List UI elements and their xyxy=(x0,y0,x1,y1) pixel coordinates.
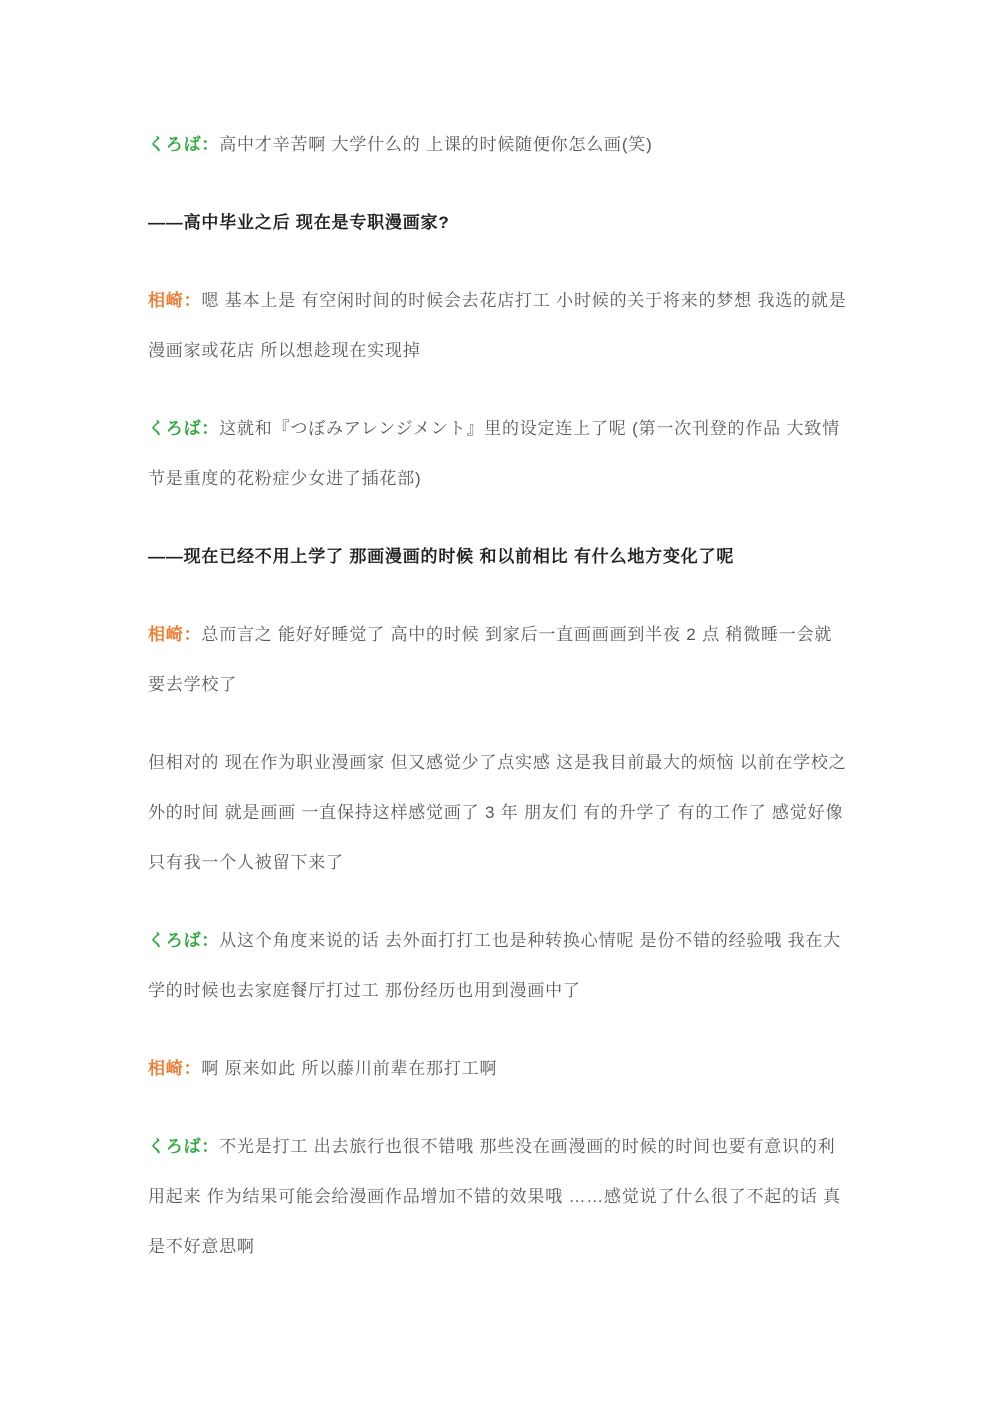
dialogue-paragraph: 相崎：啊 原来如此 所以藤川前辈在那打工啊 xyxy=(148,1044,847,1094)
dialogue-text: 从这个角度来说的话 去外面打打工也是种转换心情呢 是份不错的经验哦 我在大学的时… xyxy=(148,931,841,1000)
speaker-label-kuroba: くろば： xyxy=(148,135,219,154)
dialogue-paragraph: くろば：不光是打工 出去旅行也很不错哦 那些没在画漫画的时候的时间也要有意识的利… xyxy=(148,1122,847,1272)
interviewer-question: ——高中毕业之后 现在是专职漫画家? xyxy=(148,198,847,248)
dialogue-paragraph: 相崎：嗯 基本上是 有空闲时间的时候会去花店打工 小时候的关于将来的梦想 我选的… xyxy=(148,276,847,376)
dialogue-text: 嗯 基本上是 有空闲时间的时候会去花店打工 小时候的关于将来的梦想 我选的就是漫… xyxy=(148,291,847,360)
dialogue-paragraph: 相崎：总而言之 能好好睡觉了 高中的时候 到家后一直画画画到半夜 2 点 稍微睡… xyxy=(148,610,847,710)
dialogue-text: 但相对的 现在作为职业漫画家 但又感觉少了点实感 这是我目前最大的烦恼 以前在学… xyxy=(148,753,847,872)
speaker-label-kuroba: くろば： xyxy=(148,419,219,438)
speaker-label-aizaki: 相崎： xyxy=(148,291,201,310)
speaker-label-kuroba: くろば： xyxy=(148,931,219,950)
question-text: ——现在已经不用上学了 那画漫画的时候 和以前相比 有什么地方变化了呢 xyxy=(148,547,734,566)
speaker-label-aizaki: 相崎： xyxy=(148,1059,201,1078)
dialogue-paragraph: くろば：从这个角度来说的话 去外面打打工也是种转换心情呢 是份不错的经验哦 我在… xyxy=(148,916,847,1016)
dialogue-text: 总而言之 能好好睡觉了 高中的时候 到家后一直画画画到半夜 2 点 稍微睡一会就… xyxy=(148,625,832,694)
dialogue-text: 这就和『つぼみアレンジメント』里的设定连上了呢 (第一次刊登的作品 大致情节是重… xyxy=(148,419,840,488)
question-text: ——高中毕业之后 现在是专职漫画家? xyxy=(148,213,450,232)
speaker-label-kuroba: くろば： xyxy=(148,1137,219,1156)
dialogue-paragraph: くろば：这就和『つぼみアレンジメント』里的设定连上了呢 (第一次刊登的作品 大致… xyxy=(148,404,847,504)
plain-paragraph: 但相对的 现在作为职业漫画家 但又感觉少了点实感 这是我目前最大的烦恼 以前在学… xyxy=(148,738,847,888)
dialogue-text: 不光是打工 出去旅行也很不错哦 那些没在画漫画的时候的时间也要有意识的利用起来 … xyxy=(148,1137,841,1256)
document-page: くろば：高中才辛苦啊 大学什么的 上课的时候随便你怎么画(笑) ——高中毕业之后… xyxy=(0,0,992,1403)
interviewer-question: ——现在已经不用上学了 那画漫画的时候 和以前相比 有什么地方变化了呢 xyxy=(148,532,847,582)
dialogue-text: 高中才辛苦啊 大学什么的 上课的时候随便你怎么画(笑) xyxy=(219,135,652,154)
dialogue-text: 啊 原来如此 所以藤川前辈在那打工啊 xyxy=(201,1059,497,1078)
speaker-label-aizaki: 相崎： xyxy=(148,625,201,644)
dialogue-paragraph: くろば：高中才辛苦啊 大学什么的 上课的时候随便你怎么画(笑) xyxy=(148,120,847,170)
